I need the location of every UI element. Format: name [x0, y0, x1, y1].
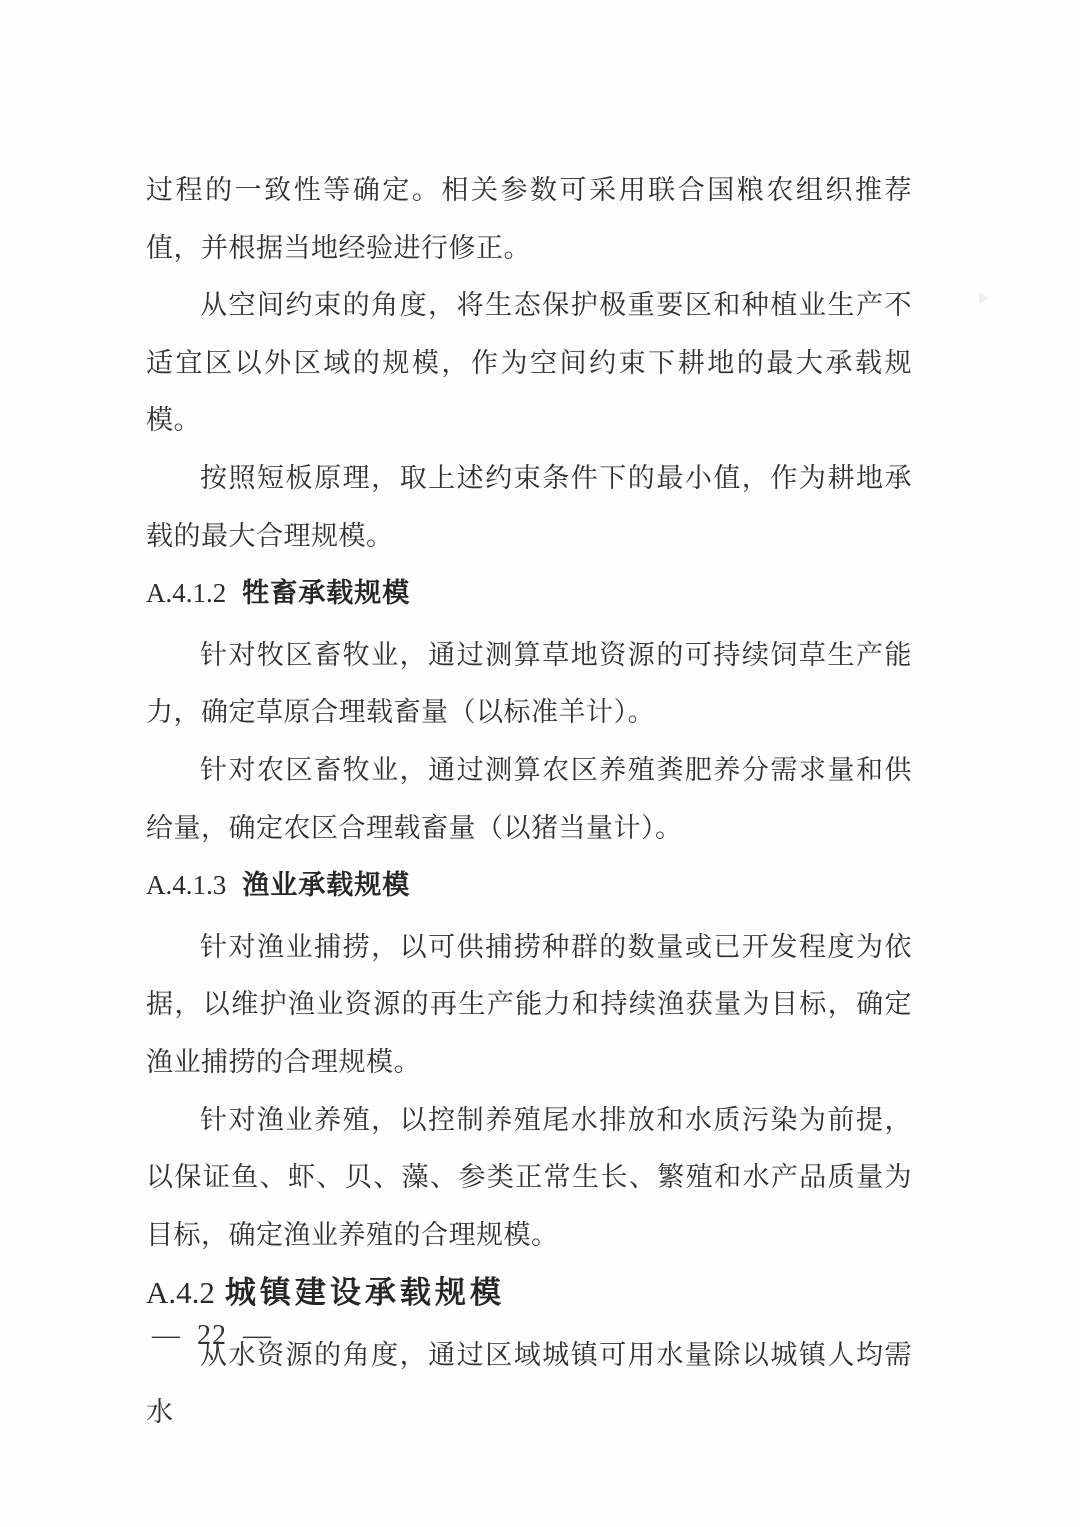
heading-number: A.4.2 [146, 1275, 215, 1310]
page-content: 过程的一致性等确定。相关参数可采用联合国粮农组织推荐值，并根据当地经验进行修正。… [146, 162, 912, 1442]
body-paragraph: 过程的一致性等确定。相关参数可采用联合国粮农组织推荐值，并根据当地经验进行修正。 [146, 162, 912, 277]
body-paragraph: 从空间约束的角度，将生态保护极重要区和种植业生产不适宜区以外区域的规模，作为空间… [146, 277, 912, 450]
document-page: 过程的一致性等确定。相关参数可采用联合国粮农组织推荐值，并根据当地经验进行修正。… [0, 0, 1080, 1527]
heading-number: A.4.1.3 [146, 870, 226, 900]
section-heading-a42: A.4.2城镇建设承载规模 [146, 1264, 912, 1327]
body-paragraph: 按照短板原理，取上述约束条件下的最小值，作为耕地承载的最大合理规模。 [146, 450, 912, 565]
scan-artifact-mark [979, 292, 989, 304]
heading-title: 渔业承载规模 [242, 870, 410, 900]
body-paragraph: 针对渔业养殖，以控制养殖尾水排放和水质污染为前提，以保证鱼、虾、贝、藻、参类正常… [146, 1092, 912, 1265]
page-number: — 22 — [152, 1320, 272, 1352]
body-paragraph: 针对牧区畜牧业，通过测算草地资源的可持续饲草生产能力，确定草原合理载畜量（以标准… [146, 627, 912, 742]
body-paragraph: 针对农区畜牧业，通过测算农区养殖粪肥养分需求量和供给量，确定农区合理载畜量（以猪… [146, 742, 912, 857]
section-heading-a413: A.4.1.3渔业承载规模 [146, 857, 912, 919]
section-heading-a412: A.4.1.2牲畜承载规模 [146, 565, 912, 627]
heading-title: 牲畜承载规模 [242, 578, 410, 608]
heading-number: A.4.1.2 [146, 578, 226, 608]
heading-title: 城镇建设承载规模 [225, 1275, 505, 1310]
body-paragraph: 针对渔业捕捞，以可供捕捞种群的数量或已开发程度为依据，以维护渔业资源的再生产能力… [146, 919, 912, 1092]
